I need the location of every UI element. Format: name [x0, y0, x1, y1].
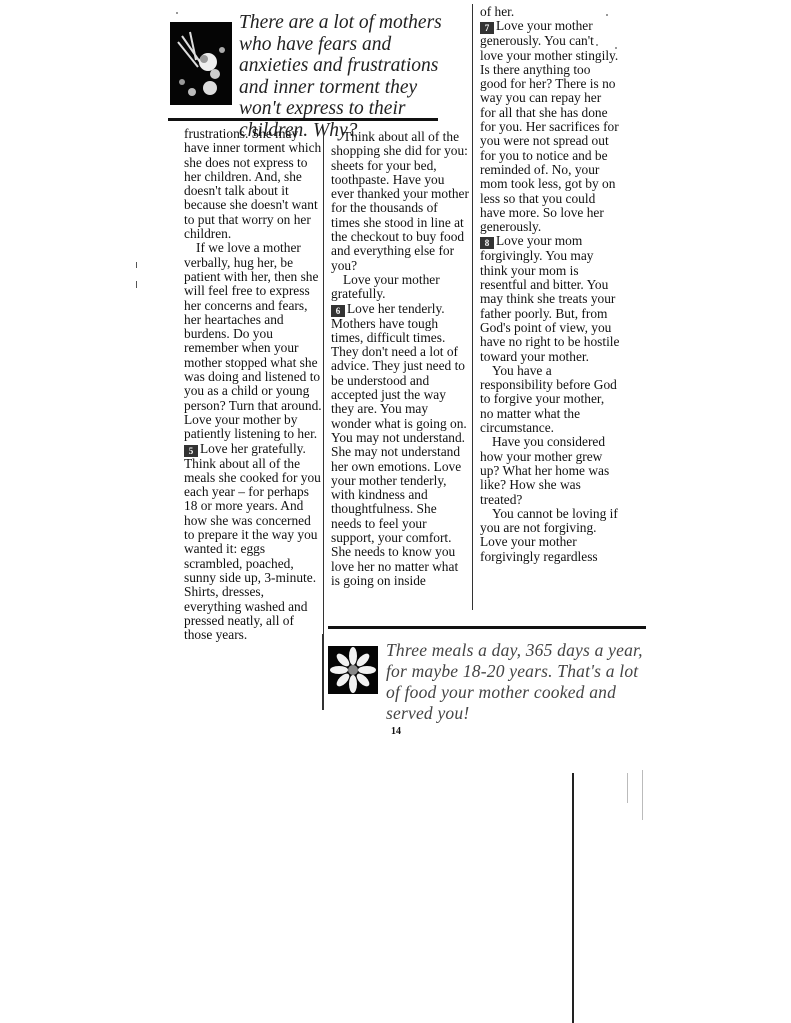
pullquote-bottom: Three meals a day, 365 days a year, for …: [328, 640, 648, 724]
paragraph-numbered: 7Love your mother generously. You can't …: [480, 19, 620, 234]
paragraph: Think about all of the shopping she did …: [331, 130, 469, 273]
scan-artifact: [627, 773, 628, 803]
scan-artifact: [136, 281, 137, 288]
scan-artifact: [642, 770, 643, 820]
paragraph-text: Love your mom forgivingly. You may think…: [480, 233, 619, 363]
paragraph-text: Love your mother generously. You can't l…: [480, 18, 619, 234]
page-number: 14: [391, 726, 401, 737]
scan-speck: [615, 47, 617, 49]
text-column-3: of her. 7Love your mother generously. Yo…: [480, 5, 620, 564]
paragraph-text: Love her gratefully. Think about all of …: [184, 441, 321, 643]
floral-photo-icon: [170, 22, 232, 105]
paragraph-numbered: 8Love your mom forgivingly. You may thin…: [480, 234, 620, 363]
pullquote-bottom-rule: [328, 626, 646, 629]
paragraph: of her.: [480, 5, 620, 19]
paragraph: frustrations. She may have inner torment…: [184, 127, 322, 241]
paragraph: Have you considered how your mother grew…: [480, 435, 620, 506]
scan-artifact: [136, 262, 137, 268]
column-divider-3: [322, 634, 323, 710]
column-divider-1: [323, 132, 324, 710]
paragraph: Love your mother gratefully.: [331, 273, 469, 302]
paragraph: You have a responsibility before God to …: [480, 364, 620, 435]
paragraph-numbered: 5Love her gratefully. Think about all of…: [184, 442, 322, 643]
pullquote-top-rule: [168, 118, 438, 121]
pullquote-top: There are a lot of mothers who have fear…: [170, 12, 460, 141]
pullquote-bottom-text: Three meals a day, 365 days a year, for …: [386, 640, 648, 724]
text-column-1: frustrations. She may have inner torment…: [184, 127, 322, 642]
paragraph: If we love a mother verbally, hug her, b…: [184, 241, 322, 441]
scan-speck: [596, 44, 598, 46]
pullquote-top-text: There are a lot of mothers who have fear…: [239, 12, 460, 141]
paragraph-numbered: 6Love her tenderly. Mothers have tough t…: [331, 302, 469, 589]
scan-speck: [176, 12, 178, 14]
column-divider-2: [472, 4, 473, 610]
daisy-flower-photo-icon: [328, 646, 378, 694]
paragraph-text: Love her tenderly. Mothers have tough ti…: [331, 301, 467, 588]
page-edge-line: [572, 773, 574, 1023]
paragraph: You cannot be loving if you are not forg…: [480, 507, 620, 564]
scan-speck: [606, 14, 608, 16]
text-column-2: Think about all of the shopping she did …: [331, 130, 469, 588]
